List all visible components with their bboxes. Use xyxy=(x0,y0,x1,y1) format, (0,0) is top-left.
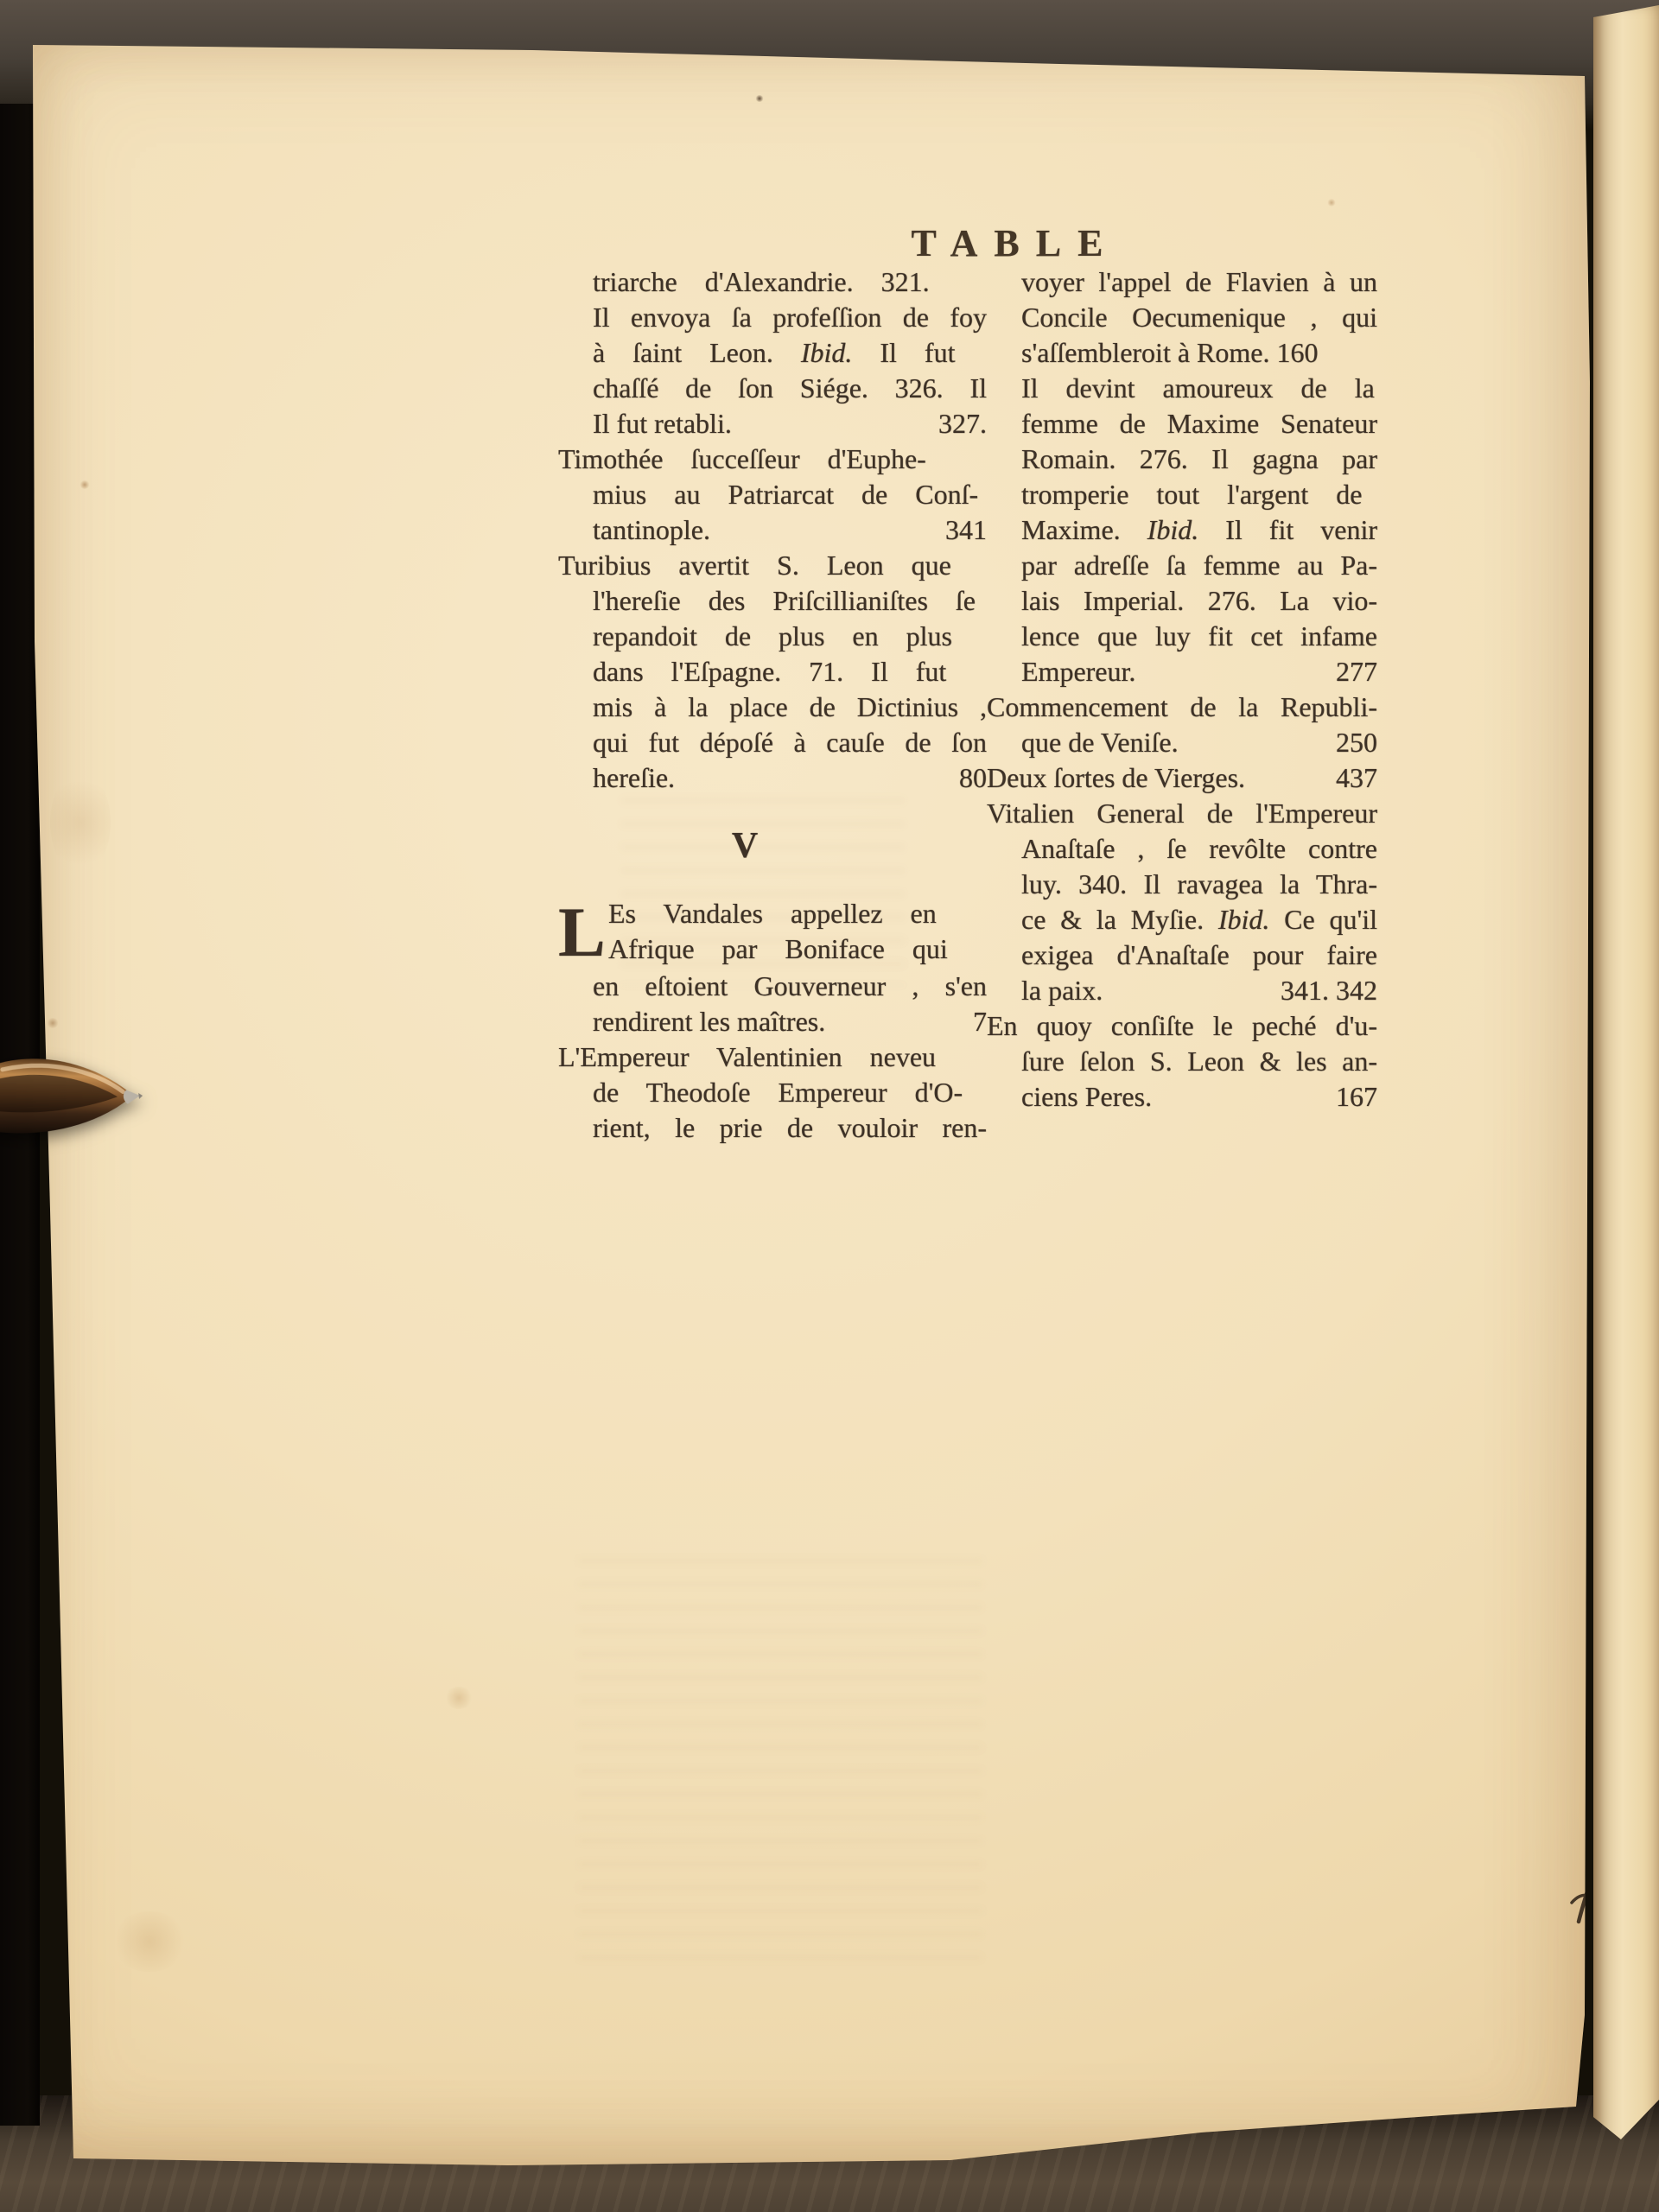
index-line-text: repandoit de plus en plus xyxy=(593,619,952,654)
page-ref-number: 167 xyxy=(1327,1079,1377,1115)
index-line: ce & la Myſie. Ibid. Ce qu'il xyxy=(987,902,1377,938)
index-line: mius au Patriarcat de Conſ- xyxy=(558,477,987,512)
dropcap-block: LEs Vandales appellez enAfrique par Boni… xyxy=(558,896,987,969)
index-line: tantinople.341 xyxy=(558,512,987,548)
index-line: en eſtoient Gouverneur , s'en xyxy=(558,969,987,1004)
index-line: En quoy conſiſte le peché d'u- xyxy=(987,1008,1377,1044)
index-line-text: de Theodoſe Empereur d'O- xyxy=(593,1075,963,1110)
index-line-text: mis à la place de Dictinius , xyxy=(593,690,987,725)
index-line: que de Veniſe.250 xyxy=(987,725,1377,760)
index-line-text: par adreſſe ſa femme au Pa- xyxy=(1021,548,1377,583)
index-line-text: Concile Oecumenique , qui xyxy=(1021,300,1377,335)
index-line-text: femme de Maxime Senateur xyxy=(1021,406,1377,442)
index-line: Il devint amoureux de la xyxy=(987,371,1377,406)
index-line-text: lence que luy fit cet infame xyxy=(1021,619,1377,654)
index-line-text: chaſſé de ſon Siége. 326. Il xyxy=(593,371,987,406)
index-line-text: dans l'Eſpagne. 71. Il fut xyxy=(593,654,946,690)
index-line: mis à la place de Dictinius , xyxy=(558,690,987,725)
index-line-text: En quoy conſiſte le peché d'u- xyxy=(987,1008,1377,1044)
ibid-reference: Ibid. xyxy=(1147,514,1199,545)
index-line: qui fut dépoſé à cauſe de ſon xyxy=(558,725,987,760)
page-ref-number: 80 xyxy=(950,760,987,796)
index-line: hereſie.80 xyxy=(558,760,987,796)
index-line: triarche d'Alexandrie. 321. xyxy=(558,264,987,300)
page-ref-number: 341 xyxy=(937,512,987,548)
page-ref-number: 277 xyxy=(1327,654,1377,690)
foxing-spot xyxy=(47,1018,59,1028)
page-ref-number: 250 xyxy=(1327,725,1377,760)
index-line-text: triarche d'Alexandrie. 321. xyxy=(593,264,930,300)
index-line: Afrique par Boniface qui xyxy=(608,931,987,967)
index-line-text: Romain. 276. Il gagna par xyxy=(1021,442,1377,477)
index-line-text: Il fut retabli. xyxy=(593,406,732,442)
index-line: par adreſſe ſa femme au Pa- xyxy=(987,548,1377,583)
index-line: Timothée ſucceſſeur d'Euphe- xyxy=(558,442,987,477)
index-line-text: tantinople. xyxy=(593,512,710,548)
index-line-text: L'Empereur Valentinien neveu xyxy=(558,1039,936,1075)
index-line-text: mius au Patriarcat de Conſ- xyxy=(593,477,978,512)
index-line: L'Empereur Valentinien neveu xyxy=(558,1039,987,1075)
index-line-text: Empereur. xyxy=(1021,654,1135,690)
index-line: Concile Oecumenique , qui xyxy=(987,300,1377,335)
index-line-text: Anaſtaſe , ſe revôlte contre xyxy=(1021,831,1377,867)
page-ref-number: 7 xyxy=(964,1004,987,1039)
index-line-text: luy. 340. Il ravagea la Thra- xyxy=(1021,867,1377,902)
index-line-text: que de Veniſe. xyxy=(1021,725,1179,760)
page-title: TABLE xyxy=(532,221,1482,265)
index-line: Romain. 276. Il gagna par xyxy=(987,442,1377,477)
index-line: rient, le prie de vouloir ren- xyxy=(558,1110,987,1146)
index-line: l'hereſie des Priſcillianiſtes ſe xyxy=(558,583,987,619)
show-through xyxy=(577,1557,983,1963)
foxing-spot xyxy=(755,95,764,102)
index-line-text: Maxime. Ibid. Il fit venir xyxy=(1021,512,1377,548)
index-line: à ſaint Leon. Ibid. Il fut xyxy=(558,335,987,371)
index-line-text: ce & la Myſie. Ibid. Ce qu'il xyxy=(1021,902,1377,938)
index-line-text: Commencement de la Republi- xyxy=(987,690,1377,725)
index-line: tromperie tout l'argent de xyxy=(987,477,1377,512)
book-page: TABLE triarche d'Alexandrie. 321.Il envo… xyxy=(24,36,1592,2171)
foxing-spot xyxy=(79,480,90,489)
dropcap-lines: Es Vandales appellez enAfrique par Bonif… xyxy=(608,896,987,967)
index-line: femme de Maxime Senateur xyxy=(987,406,1377,442)
index-line: chaſſé de ſon Siége. 326. Il xyxy=(558,371,987,406)
index-line-text: Deux ſortes de Vierges. xyxy=(987,760,1245,796)
index-line-text: qui fut dépoſé à cauſe de ſon xyxy=(593,725,987,760)
index-line-text: Timothée ſucceſſeur d'Euphe- xyxy=(558,442,926,477)
index-line-text: Vitalien General de l'Empereur xyxy=(987,796,1377,831)
index-line-text: tromperie tout l'argent de xyxy=(1021,477,1362,512)
index-line-text: voyer l'appel de Flavien à un xyxy=(1021,264,1377,300)
index-line: Anaſtaſe , ſe revôlte contre xyxy=(987,831,1377,867)
index-line: de Theodoſe Empereur d'O- xyxy=(558,1075,987,1110)
index-line: rendirent les maîtres.7 xyxy=(558,1004,987,1039)
index-line: s'aſſembleroit à Rome. 160 xyxy=(987,335,1377,371)
page-ref-number: 437 xyxy=(1327,760,1377,796)
index-line-text: l'hereſie des Priſcillianiſtes ſe xyxy=(593,583,976,619)
index-line: Vitalien General de l'Empereur xyxy=(987,796,1377,831)
index-line-text: en eſtoient Gouverneur , s'en xyxy=(593,969,987,1004)
index-line-text: la paix. xyxy=(1021,973,1103,1008)
index-line-text: exigea d'Anaſtaſe pour faire xyxy=(1021,938,1377,973)
ballpoint-pen-icon xyxy=(0,1051,155,1147)
index-line-text: Il envoya ſa profeſſion de foy xyxy=(593,300,987,335)
stain xyxy=(111,1911,188,1972)
index-line-text: rendirent les maîtres. xyxy=(593,1004,825,1039)
index-line: Turibius avertit S. Leon que xyxy=(558,548,987,583)
index-line: luy. 340. Il ravagea la Thra- xyxy=(987,867,1377,902)
index-line: la paix.341. 342 xyxy=(987,973,1377,1008)
ibid-reference: Ibid. xyxy=(801,337,853,368)
index-line: voyer l'appel de Flavien à un xyxy=(987,264,1377,300)
foxing-spot xyxy=(1327,199,1336,207)
index-line-text: rient, le prie de vouloir ren- xyxy=(593,1110,987,1146)
index-line: ciens Peres.167 xyxy=(987,1079,1377,1115)
index-line: repandoit de plus en plus xyxy=(558,619,987,654)
index-column-left: triarche d'Alexandrie. 321.Il envoya ſa … xyxy=(558,264,987,1146)
index-line-text: à ſaint Leon. Ibid. Il fut xyxy=(593,335,955,371)
foxing-spot xyxy=(444,1687,474,1709)
index-line: Es Vandales appellez en xyxy=(608,896,987,931)
index-line: Maxime. Ibid. Il fit venir xyxy=(987,512,1377,548)
index-line: ſure ſelon S. Leon & les an- xyxy=(987,1044,1377,1079)
index-line-text: Afrique par Boniface qui xyxy=(608,931,948,967)
index-line-text: ciens Peres. xyxy=(1021,1079,1152,1115)
index-line-text: hereſie. xyxy=(593,760,675,796)
index-line-text: Il devint amoureux de la xyxy=(1021,371,1375,406)
index-line-text: Es Vandales appellez en xyxy=(608,896,937,931)
index-line: lence que luy fit cet infame xyxy=(987,619,1377,654)
index-line-text: s'aſſembleroit à Rome. 160 xyxy=(1021,335,1318,371)
index-line: lais Imperial. 276. La vio- xyxy=(987,583,1377,619)
index-line: Il envoya ſa profeſſion de foy xyxy=(558,300,987,335)
book-fore-edge xyxy=(1593,5,1659,2146)
section-heading: V xyxy=(531,796,959,896)
index-line: Empereur.277 xyxy=(987,654,1377,690)
index-line: exigea d'Anaſtaſe pour faire xyxy=(987,938,1377,973)
stain xyxy=(50,771,111,874)
index-column-right: voyer l'appel de Flavien à unConcile Oec… xyxy=(987,264,1377,1115)
page-ref-number: 327. xyxy=(930,406,987,442)
index-line-text: Turibius avertit S. Leon que xyxy=(558,548,951,583)
book-photo-scene: TABLE triarche d'Alexandrie. 321.Il envo… xyxy=(0,0,1659,2212)
index-line: Commencement de la Republi- xyxy=(987,690,1377,725)
index-line-text: lais Imperial. 276. La vio- xyxy=(1021,583,1377,619)
index-line: Deux ſortes de Vierges.437 xyxy=(987,760,1377,796)
index-line: dans l'Eſpagne. 71. Il fut xyxy=(558,654,987,690)
index-line-text: ſure ſelon S. Leon & les an- xyxy=(1021,1044,1377,1079)
drop-cap: L xyxy=(558,896,608,969)
ibid-reference: Ibid. xyxy=(1218,904,1270,935)
page-ref-number: 341. 342 xyxy=(1272,973,1377,1008)
index-line: Il fut retabli.327. xyxy=(558,406,987,442)
